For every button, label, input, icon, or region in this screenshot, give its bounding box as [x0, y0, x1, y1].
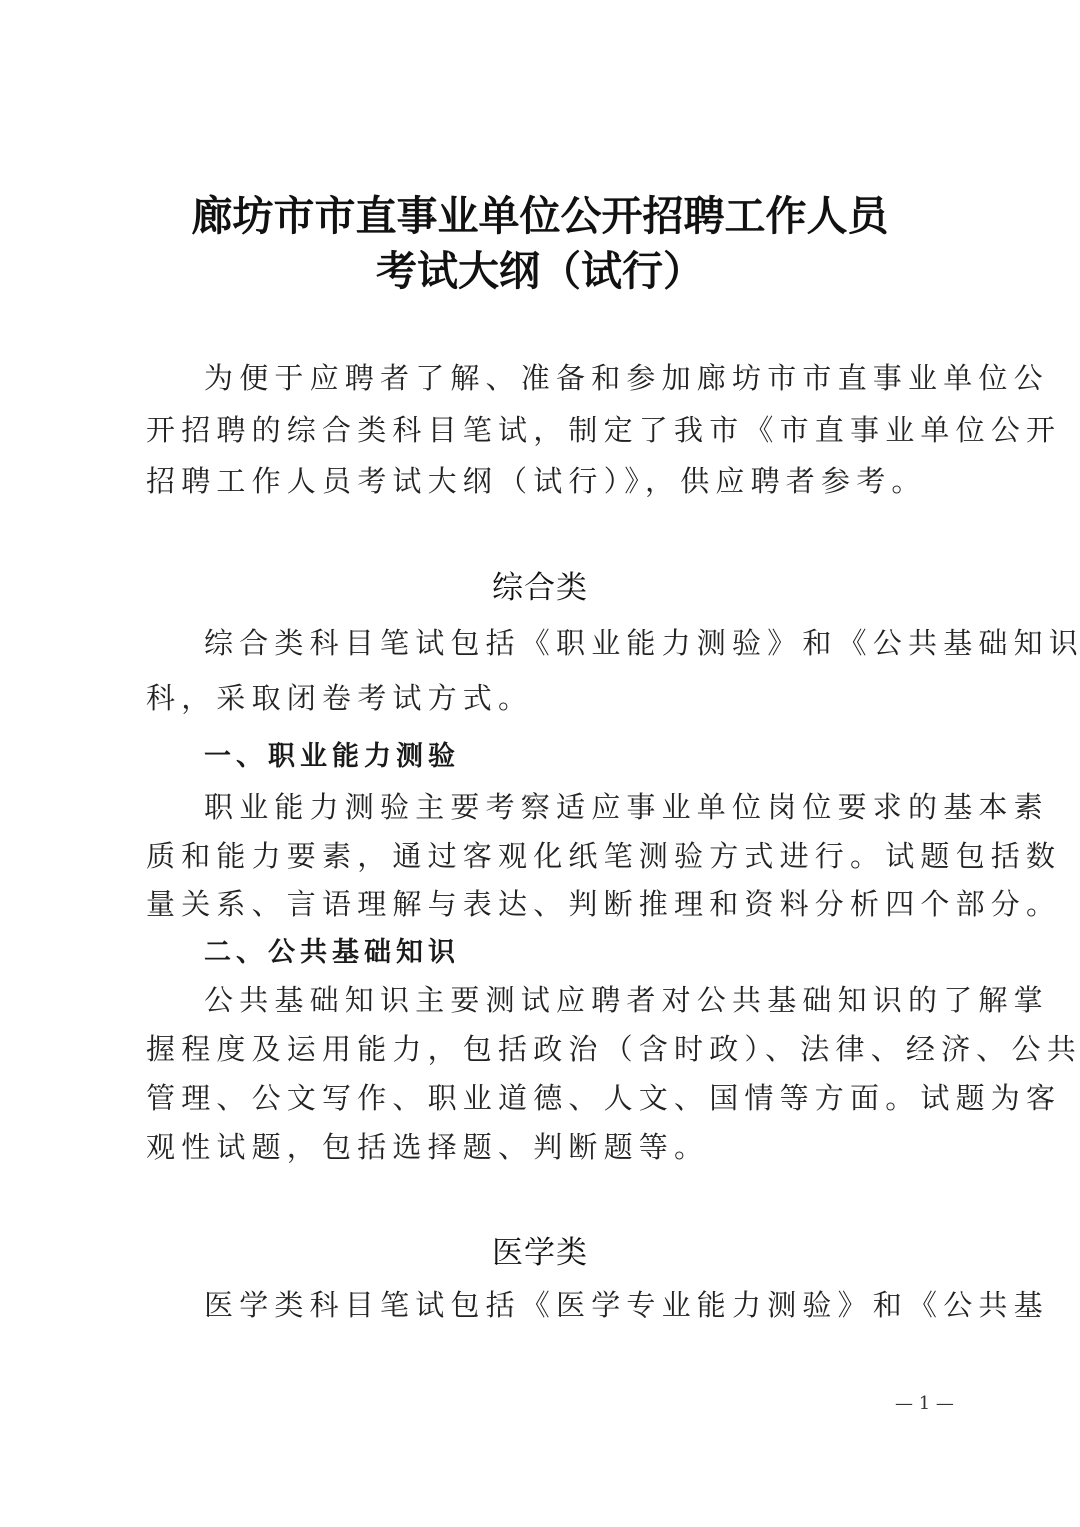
vocational-line-2: 质和能力要素，通过客观化纸笔测验方式进行。试题包括数	[146, 834, 1061, 875]
vocational-line-1: 职业能力测验主要考察适应事业单位岗位要求的基本素	[204, 785, 1049, 826]
public-line-1: 公共基础知识主要测试应聘者对公共基础知识的了解掌	[204, 978, 1049, 1019]
subsection-heading-public-knowledge: 二、公共基础知识	[204, 930, 460, 969]
general-intro-line-2: 科，采取闭卷考试方式。	[146, 676, 533, 717]
section-heading-medical: 医学类	[0, 1227, 1080, 1272]
medical-intro-line-1: 医学类科目笔试包括《医学专业能力测验》和《公共基	[204, 1283, 1049, 1324]
public-line-3: 管理、公文写作、职业道德、人文、国情等方面。试题为客	[146, 1076, 1061, 1117]
intro-line-3: 招聘工作人员考试大纲（试行）》，供应聘者参考。	[146, 459, 927, 500]
vocational-line-3: 量关系、言语理解与表达、判断推理和资料分析四个部分。	[146, 882, 1061, 923]
document-title-line-2: 考试大纲（试行）	[0, 243, 1080, 299]
intro-line-2: 开招聘的综合类科目笔试，制定了我市《市直事业单位公开	[146, 408, 1061, 449]
document-title-line-1: 廊坊市市直事业单位公开招聘工作人员	[0, 188, 1080, 244]
subsection-heading-vocational-ability: 一、职业能力测验	[204, 734, 460, 773]
general-intro-line-1: 综合类科目笔试包括《职业能力测验》和《公共基础知识》两	[204, 621, 1080, 662]
public-line-2: 握程度及运用能力，包括政治（含时政）、法律、经济、公共	[146, 1027, 1080, 1068]
section-heading-general: 综合类	[0, 562, 1080, 607]
document-page: 廊坊市市直事业单位公开招聘工作人员 考试大纲（试行） 为便于应聘者了解、准备和参…	[0, 0, 1080, 1527]
intro-line-1: 为便于应聘者了解、准备和参加廊坊市市直事业单位公	[204, 356, 1049, 397]
page-number: — 1 —	[895, 1393, 954, 1414]
public-line-4: 观性试题，包括选择题、判断题等。	[146, 1125, 709, 1166]
